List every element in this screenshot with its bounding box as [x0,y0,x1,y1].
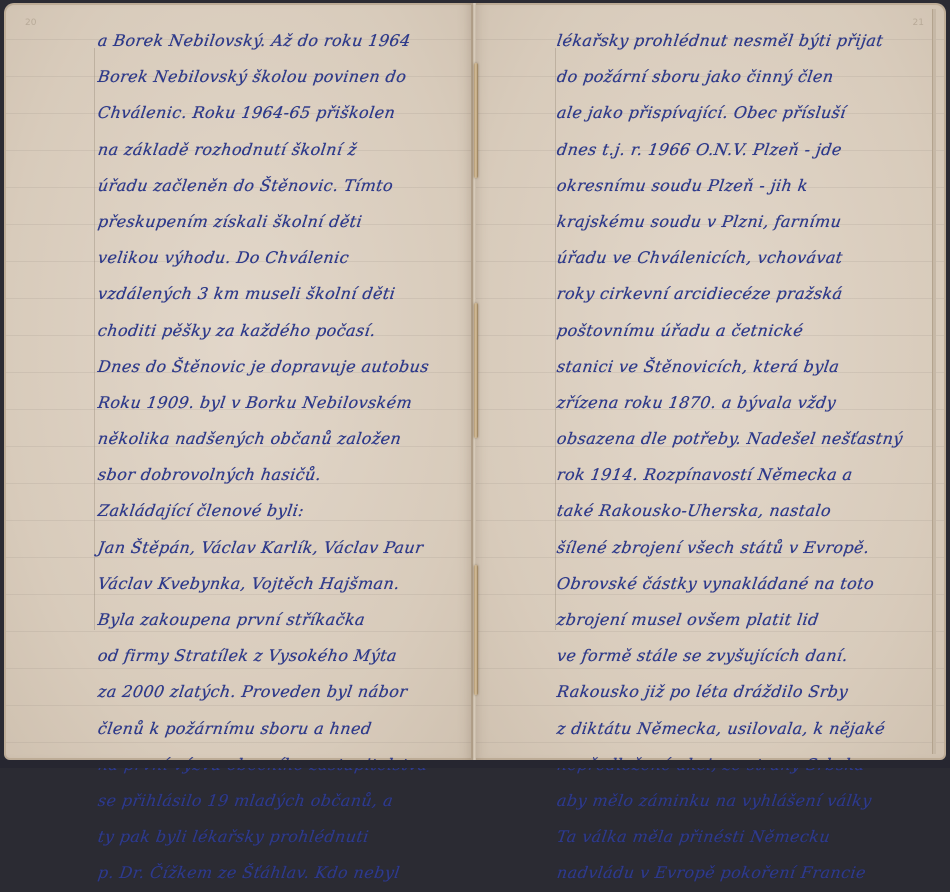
handwritten-line: členů k požárnímu sboru a hned [95,711,472,747]
left-margin-line [94,48,95,630]
handwritten-line: vzdálených 3 km museli školní děti [95,276,472,312]
handwritten-line: Obrovské částky vynakládané na toto [554,566,939,602]
handwritten-line: Byla zakoupena první stříkačka [95,602,472,638]
scan-background-edge [0,760,950,768]
handwritten-line: okresnímu soudu Plzeň - jih k [554,168,939,204]
handwritten-line: Borek Nebilovský školou povinen do [95,59,472,95]
handwritten-line: zřízena roku 1870. a bývala vždy [554,385,939,421]
handwritten-line: z diktátu Německa, usilovala, k nějaké [554,711,939,747]
handwritten-line: také Rakousko-Uherska, nastalo [554,493,939,529]
handwritten-line: Rakousko již po léta dráždilo Srby [554,674,939,710]
handwritten-line: rok 1914. Rozpínavostí Německa a [554,457,939,493]
handwritten-line: ve formě stále se zvyšujících daní. [554,638,939,674]
handwritten-line: poštovnímu úřadu a četnické [554,313,939,349]
handwritten-line: choditi pěšky za každého počasí. [95,313,472,349]
handwritten-line: na základě rozhodnutí školní ž [95,132,472,168]
handwritten-line: ale jako přispívající. Obec přísluší [554,95,939,131]
left-page-number: 20 [25,18,36,28]
handwritten-line: zbrojení musel ovšem platit lid [554,602,939,638]
right-page-text: lékařsky prohlédnut nesměl býti přijat d… [557,23,937,768]
handwritten-line: roky cirkevní arcidiecéze pražská [554,276,939,312]
handwritten-line: úřadu ve Chválenicích, vchovávat [554,240,939,276]
handwritten-line: krajskému soudu v Plzni, farnímu [554,204,939,240]
handwritten-line: velikou výhodu. Do Chválenic [95,240,472,276]
handwritten-line: a Borek Nebilovský. Až do roku 1964 [95,23,472,59]
handwritten-line: Dnes do Štěnovic je dopravuje autobus [95,349,472,385]
binding-stitch-top [474,63,478,178]
handwritten-line: obsazena dle potřeby. Nadešel nešťastný [554,421,939,457]
handwritten-line: dnes t.j. r. 1966 O.N.V. Plzeň - jde [554,132,939,168]
handwritten-line: Chválenic. Roku 1964-65 přiškolen [95,95,472,131]
handwritten-line: šílené zbrojení všech států v Evropě. [554,530,939,566]
left-page-text: a Borek Nebilovský. Až do roku 1964 Bore… [98,23,470,768]
handwritten-line: úřadu začleněn do Štěnovic. Tímto [95,168,472,204]
handwritten-line: od firmy Stratílek z Vysokého Mýta [95,638,472,674]
left-page: 20 a Borek Nebilovský. Až do roku 1964 B… [4,3,473,760]
handwritten-line: do požární sboru jako činný člen [554,59,939,95]
handwritten-line: lékařsky prohlédnut nesměl býti přijat [554,23,939,59]
handwritten-line: Jan Štěpán, Václav Karlík, Václav Paur [95,530,472,566]
right-page: 21 lékařsky prohlédnut nesměl býti přija… [473,3,946,760]
handwritten-line: Václav Kvebynka, Vojtěch Hajšman. [95,566,472,602]
handwritten-line: sbor dobrovolných hasičů. [95,457,472,493]
handwritten-line: přeskupením získali školní děti [95,204,472,240]
handwritten-line: stanici ve Štěnovicích, která byla [554,349,939,385]
open-book-spread: 20 a Borek Nebilovský. Až do roku 1964 B… [4,3,946,760]
handwritten-line: Zakládající členové byli: [95,493,472,529]
binding-stitch-bottom [474,565,478,695]
handwritten-line: za 2000 zlatých. Proveden byl nábor [95,674,472,710]
handwritten-line: několika nadšených občanů založen [95,421,472,457]
binding-stitch-middle [474,303,478,438]
handwritten-line: Roku 1909. byl v Borku Nebilovském [95,385,472,421]
